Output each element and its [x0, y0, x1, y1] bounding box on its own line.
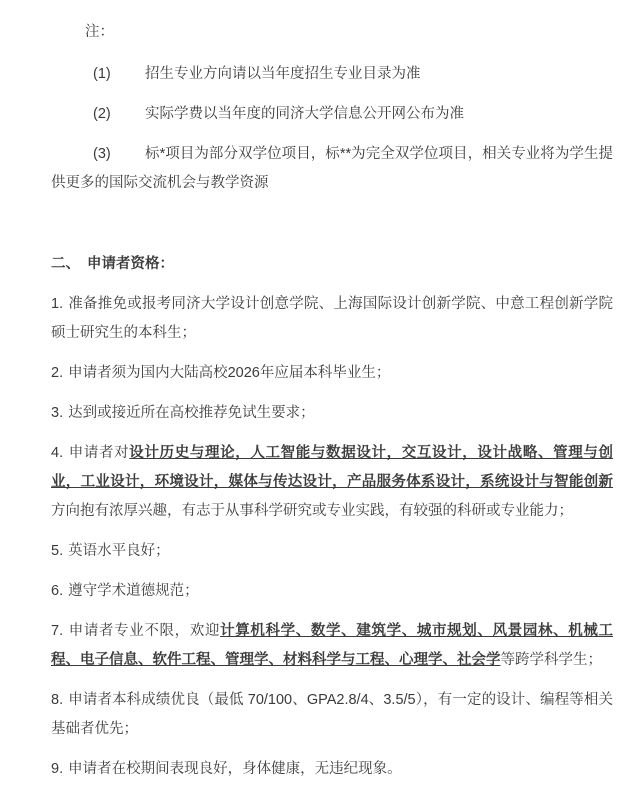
note-label: 注：	[51, 18, 613, 47]
item-marker: (1)	[93, 60, 145, 89]
section-number: 二、	[51, 256, 80, 272]
emphasized-text: 设计历史与理论，人工智能与数据设计，交互设计，设计战略、管理与创业，工业设计，环…	[51, 445, 613, 490]
list-item: 2.申请者须为国内大陆高校2026年应届本科毕业生；	[51, 359, 613, 388]
body-text: 等跨学科学生；	[501, 652, 603, 668]
list-item: 8.申请者本科成绩优良（最低 70/100、GPA2.8/4、3.5/5），有一…	[51, 686, 613, 744]
item-marker: 5.	[51, 543, 63, 559]
list-item: 5.英语水平良好；	[51, 537, 613, 566]
item-marker: 8.	[51, 692, 63, 708]
item-marker: 6.	[51, 583, 63, 599]
body-text: 达到或接近所在高校推荐免试生要求；	[68, 405, 315, 421]
section-heading: 二、申请者资格：	[51, 250, 613, 279]
numbered-note: (3)标*项目为部分双学位项目，标**为完全双学位项目，相关专业将为学生提供更多…	[51, 140, 613, 198]
body-text: 准备推免或报考同济大学设计创意学院、上海国际设计创新学院、中意工程创新学院硕士研…	[51, 296, 613, 341]
list-item: 3.达到或接近所在高校推荐免试生要求；	[51, 399, 613, 428]
item-marker: (3)	[93, 140, 145, 169]
numbered-note: (2)实际学费以当年度的同济大学信息公开网公布为准	[51, 100, 613, 129]
item-marker: 2.	[51, 365, 63, 381]
body-text: 招生专业方向请以当年度招生专业目录为准	[145, 66, 421, 82]
body-text: 申请者专业不限，欢迎	[68, 623, 220, 639]
body-text: 实际学费以当年度的同济大学信息公开网公布为准	[145, 106, 464, 122]
item-marker: 1.	[51, 296, 63, 312]
body-text: 申请者须为国内大陆高校2026年应届本科毕业生；	[68, 365, 390, 381]
body-text: 申请者本科成绩优良（最低 70/100、GPA2.8/4、3.5/5），有一定的…	[51, 692, 613, 737]
body-text: 遵守学术道德规范；	[68, 583, 199, 599]
document-body: 注： (1)招生专业方向请以当年度招生专业目录为准(2)实际学费以当年度的同济大…	[0, 0, 644, 784]
item-marker: 7.	[51, 623, 63, 639]
item-marker: 4.	[51, 445, 63, 461]
item-marker: 9.	[51, 761, 63, 777]
list-item: 4.申请者对设计历史与理论，人工智能与数据设计，交互设计，设计战略、管理与创业，…	[51, 439, 613, 526]
item-list: 1.准备推免或报考同济大学设计创意学院、上海国际设计创新学院、中意工程创新学院硕…	[51, 290, 613, 784]
body-text: 申请者在校期间表现良好，身体健康，无违纪现象。	[68, 761, 402, 777]
body-text: 申请者对	[68, 445, 129, 461]
list-item: 7.申请者专业不限，欢迎计算机科学、数学、建筑学、城市规划、风景园林、机械工程、…	[51, 617, 613, 675]
item-marker: 3.	[51, 405, 63, 421]
section-title: 申请者资格：	[87, 256, 174, 272]
body-text: 方向抱有浓厚兴趣，有志于从事科学研究或专业实践，有较强的科研或专业能力；	[51, 503, 573, 519]
list-item: 6.遵守学术道德规范；	[51, 577, 613, 606]
note-list: (1)招生专业方向请以当年度招生专业目录为准(2)实际学费以当年度的同济大学信息…	[51, 60, 613, 198]
item-marker: (2)	[93, 100, 145, 129]
body-text: 英语水平良好；	[68, 543, 170, 559]
list-item: 1.准备推免或报考同济大学设计创意学院、上海国际设计创新学院、中意工程创新学院硕…	[51, 290, 613, 348]
numbered-note: (1)招生专业方向请以当年度招生专业目录为准	[51, 60, 613, 89]
list-item: 9.申请者在校期间表现良好，身体健康，无违纪现象。	[51, 755, 613, 784]
